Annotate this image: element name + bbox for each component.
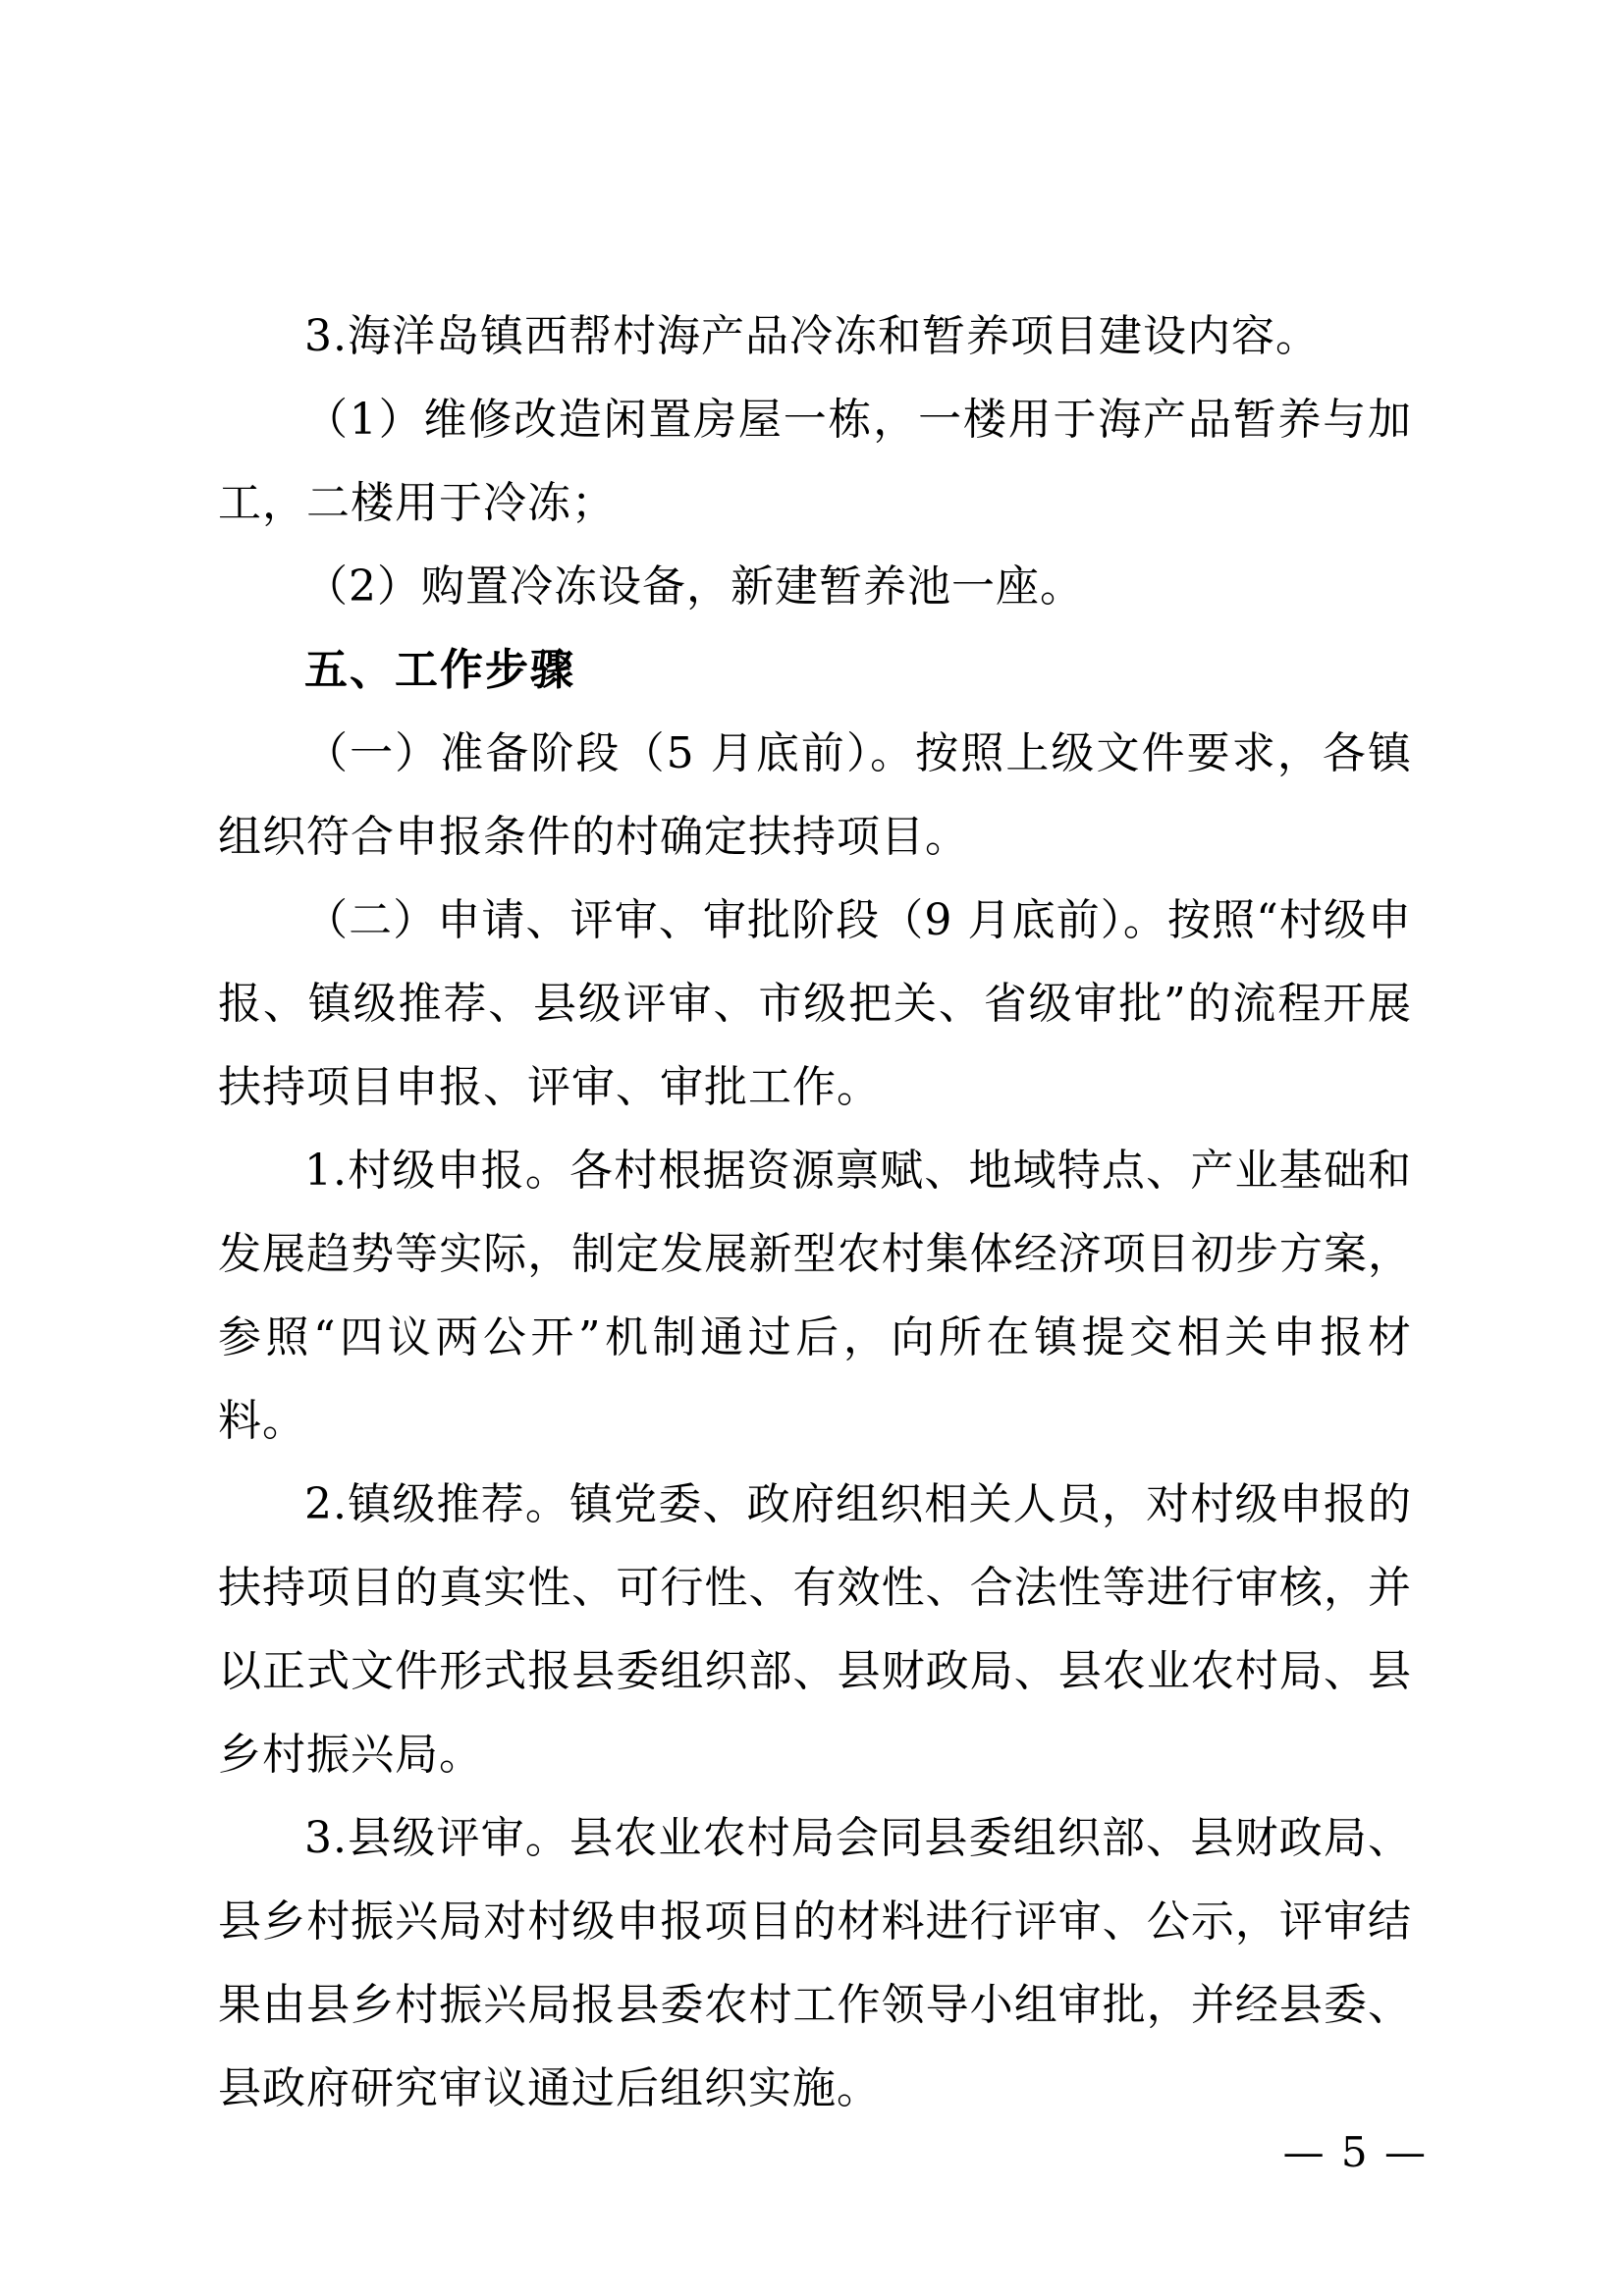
- para-step-village-application: 1.村级申报。各村根据资源禀赋、地域特点、产业基础和发展趋势等实际，制定发展新型…: [218, 1129, 1412, 1463]
- para-project-3-item-1: （1）维修改造闲置房屋一栋，一楼用于海产品暂养与加工，二楼用于冷冻；: [218, 378, 1412, 545]
- para-project-3-item-2: （2）购置冷冻设备，新建暂养池一座。: [218, 545, 1412, 628]
- document-body: 3.海洋岛镇西帮村海产品冷冻和暂养项目建设内容。 （1）维修改造闲置房屋一栋，一…: [218, 294, 1412, 2130]
- para-project-3-content: 3.海洋岛镇西帮村海产品冷冻和暂养项目建设内容。: [218, 294, 1412, 378]
- page-number: — 5 —: [1283, 2128, 1428, 2177]
- para-stage-preparation: （一）准备阶段（5 月底前）。按照上级文件要求，各镇组织符合申报条件的村确定扶持…: [218, 712, 1412, 879]
- para-stage-application-review-approval: （二）申请、评审、审批阶段（9 月底前）。按照“村级申报、镇级推荐、县级评审、市…: [218, 879, 1412, 1129]
- para-step-town-recommendation: 2.镇级推荐。镇党委、政府组织相关人员，对村级申报的扶持项目的真实性、可行性、有…: [218, 1463, 1412, 1796]
- section-heading-work-steps: 五、工作步骤: [218, 628, 1412, 712]
- para-step-county-review: 3.县级评审。县农业农村局会同县委组织部、县财政局、县乡村振兴局对村级申报项目的…: [218, 1796, 1412, 2130]
- document-page: 3.海洋岛镇西帮村海产品冷冻和暂养项目建设内容。 （1）维修改造闲置房屋一栋，一…: [0, 0, 1624, 2296]
